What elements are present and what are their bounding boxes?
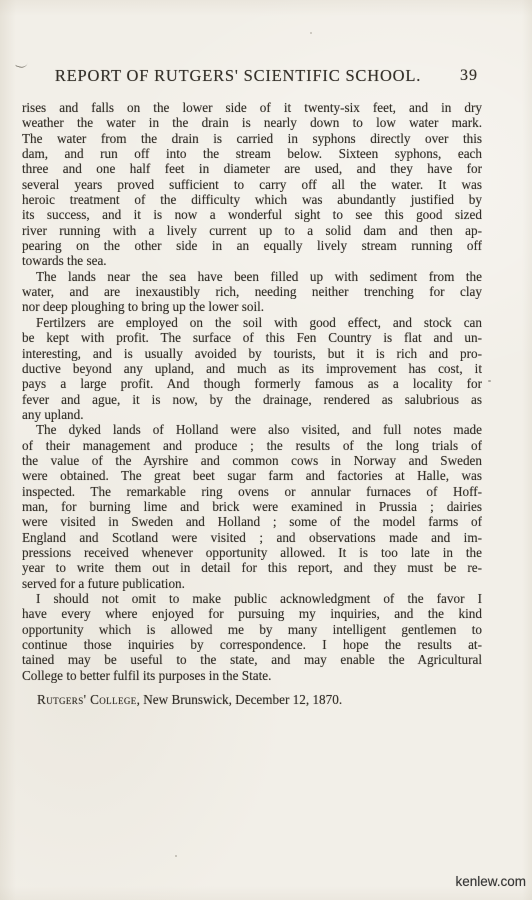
text-line: College to better fulfil its purposes in… (22, 668, 482, 683)
scan-speck (310, 32, 312, 34)
text-line: The dyked lands of Holland were also vis… (22, 422, 482, 437)
paragraph: The lands near the sea have been filled … (22, 269, 482, 315)
text-line: heroic treatment of the difficulty which… (22, 192, 482, 207)
text-line: tained may be useful to the state, and m… (22, 652, 482, 667)
paragraph: Fertilzers are employed on the soil with… (22, 315, 482, 422)
text-line: nor deep ploughing to bring up the lower… (22, 299, 482, 314)
text-line: its success, and it is now a wonderful s… (22, 207, 482, 222)
text-line: several years proved sufficient to carry… (22, 177, 482, 192)
paragraph: The dyked lands of Holland were also vis… (22, 422, 482, 591)
text-line: the value of the Ayrshire and common cow… (22, 453, 482, 468)
text-line: rises and falls on the lower side of it … (22, 100, 482, 115)
text-line: interesting, and is usually avoided by t… (22, 346, 482, 361)
text-line: year to write them out in detail for thi… (22, 560, 482, 575)
text-line: served for a future publication. (22, 576, 482, 591)
page-header: REPORT OF RUTGERS' SCIENTIFIC SCHOOL. 39 (22, 66, 482, 88)
text-line: The lands near the sea have been filled … (22, 269, 482, 284)
paragraph: rises and falls on the lower side of it … (22, 100, 482, 269)
signature-institution: Rutgers' College (37, 692, 137, 707)
signature-line: Rutgers' College, New Brunswick, Decembe… (22, 692, 482, 707)
text-line: any upland. (22, 407, 482, 422)
signature-rest: , New Brunswick, December 12, 1870. (137, 692, 342, 707)
watermark: kenlew.com (455, 874, 526, 889)
text-line: weather the water in the drain is nearly… (22, 115, 482, 130)
scan-speck (488, 380, 491, 382)
document-body: rises and falls on the lower side of it … (22, 100, 482, 707)
text-line: river running with a lively current up t… (22, 223, 482, 238)
text-line: were visited in Sweden and Holland ; som… (22, 514, 482, 529)
text-line: pays a large profit. And though formerly… (22, 376, 482, 391)
text-line: England and Scotland were visited ; and … (22, 530, 482, 545)
page-number: 39 (460, 67, 478, 85)
text-line: three and one half feet in diameter are … (22, 161, 482, 176)
text-line: of their management and produce ; the re… (22, 438, 482, 453)
text-line: inspected. The remarkable ring ovens or … (22, 484, 482, 499)
text-line: I should not omit to make public acknowl… (22, 591, 482, 606)
text-line: man, for burning lime and brick were exa… (22, 499, 482, 514)
text-line: be kept with profit. The surface of this… (22, 330, 482, 345)
text-line: towards the sea. (22, 253, 482, 268)
running-title: REPORT OF RUTGERS' SCIENTIFIC SCHOOL. (22, 66, 482, 86)
paragraph: I should not omit to make public acknowl… (22, 591, 482, 683)
text-line: were obtained. The great beet sugar farm… (22, 468, 482, 483)
scan-speck (175, 855, 177, 857)
text-line: The water from the drain is carried in s… (22, 131, 482, 146)
paragraph-container: rises and falls on the lower side of it … (22, 100, 482, 683)
text-line: water, and are inexaustibly rich, needin… (22, 284, 482, 299)
text-line: ductive beyond any upland, and much as i… (22, 361, 482, 376)
text-line: pearing on the other side in an equally … (22, 238, 482, 253)
text-line: pressions received whenever opportunity … (22, 545, 482, 560)
scanned-page: REPORT OF RUTGERS' SCIENTIFIC SCHOOL. 39… (0, 0, 532, 900)
text-line: Fertilzers are employed on the soil with… (22, 315, 482, 330)
text-line: have every where enjoyed for pursuing my… (22, 606, 482, 621)
text-line: dam, and run off into the stream below. … (22, 146, 482, 161)
text-line: opportunity which is allowed me by many … (22, 622, 482, 637)
text-line: continue those inquiries by corresponden… (22, 637, 482, 652)
text-line: fever and ague, it is now, by the draina… (22, 392, 482, 407)
